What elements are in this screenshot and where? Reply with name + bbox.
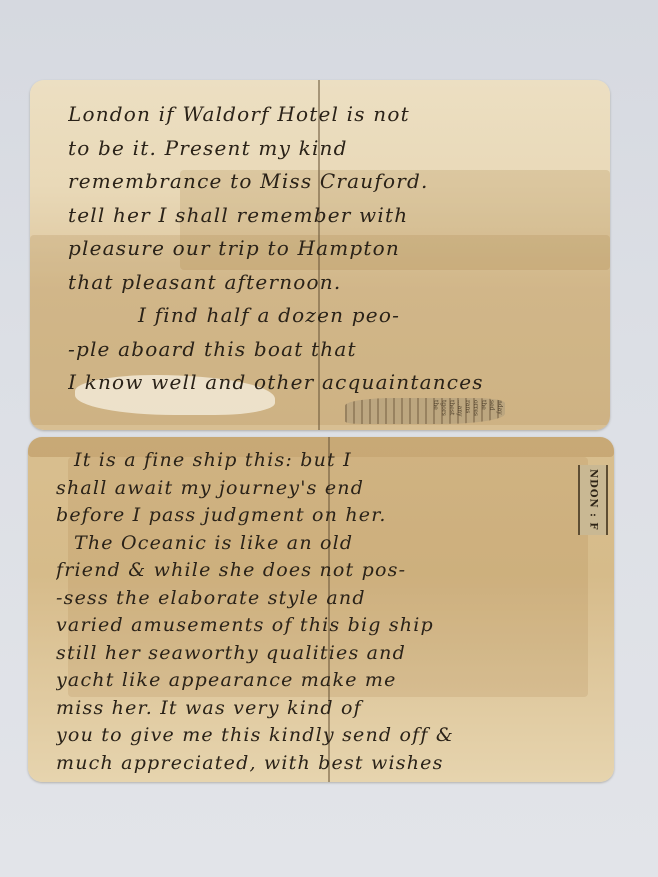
newsprint-fragment: nday sed the orres rans ...any thest tgo… bbox=[345, 398, 505, 424]
text-line: miss her. It was very kind of bbox=[56, 695, 590, 723]
text-line: -sess the elaborate style and bbox=[56, 585, 590, 613]
letter-card-top: nday sed the orres rans ...any thest tgo… bbox=[30, 80, 610, 430]
text-line: pleasure our trip to Hampton bbox=[68, 232, 586, 266]
text-line: I find half a dozen peo- bbox=[68, 299, 586, 333]
text-line: you to give me this kindly send off & bbox=[56, 722, 590, 750]
text-line: yacht like appearance make me bbox=[56, 667, 590, 695]
letter-text-top: London if Waldorf Hotel is not to be it.… bbox=[68, 98, 586, 400]
text-line: to be it. Present my kind bbox=[68, 132, 586, 166]
text-line: I know well and other acquaintances bbox=[68, 366, 586, 400]
text-line: that pleasant afternoon. bbox=[68, 266, 586, 300]
text-line: for your success & happiness Sincerely y… bbox=[56, 777, 590, 782]
text-line: London if Waldorf Hotel is not bbox=[68, 98, 586, 132]
text-line: shall await my journey's end bbox=[56, 475, 590, 503]
text-line: much appreciated, with best wishes bbox=[56, 750, 590, 778]
text-line: -ple aboard this boat that bbox=[68, 333, 586, 367]
text-line: The Oceanic is like an old bbox=[56, 530, 590, 558]
text-line: before I pass judgment on her. bbox=[56, 502, 590, 530]
text-line: It is a fine ship this: but I bbox=[56, 447, 590, 475]
text-line: tell her I shall remember with bbox=[68, 199, 586, 233]
text-line: remembrance to Miss Crauford. bbox=[68, 165, 586, 199]
text-line: friend & while she does not pos- bbox=[56, 557, 590, 585]
text-line: still her seaworthy qualities and bbox=[56, 640, 590, 668]
text-line: varied amusements of this big ship bbox=[56, 612, 590, 640]
letter-text-bottom: It is a fine ship this: but I shall awai… bbox=[56, 447, 590, 782]
letter-card-bottom: NDON : F It is a fine ship this: but I s… bbox=[28, 437, 614, 782]
